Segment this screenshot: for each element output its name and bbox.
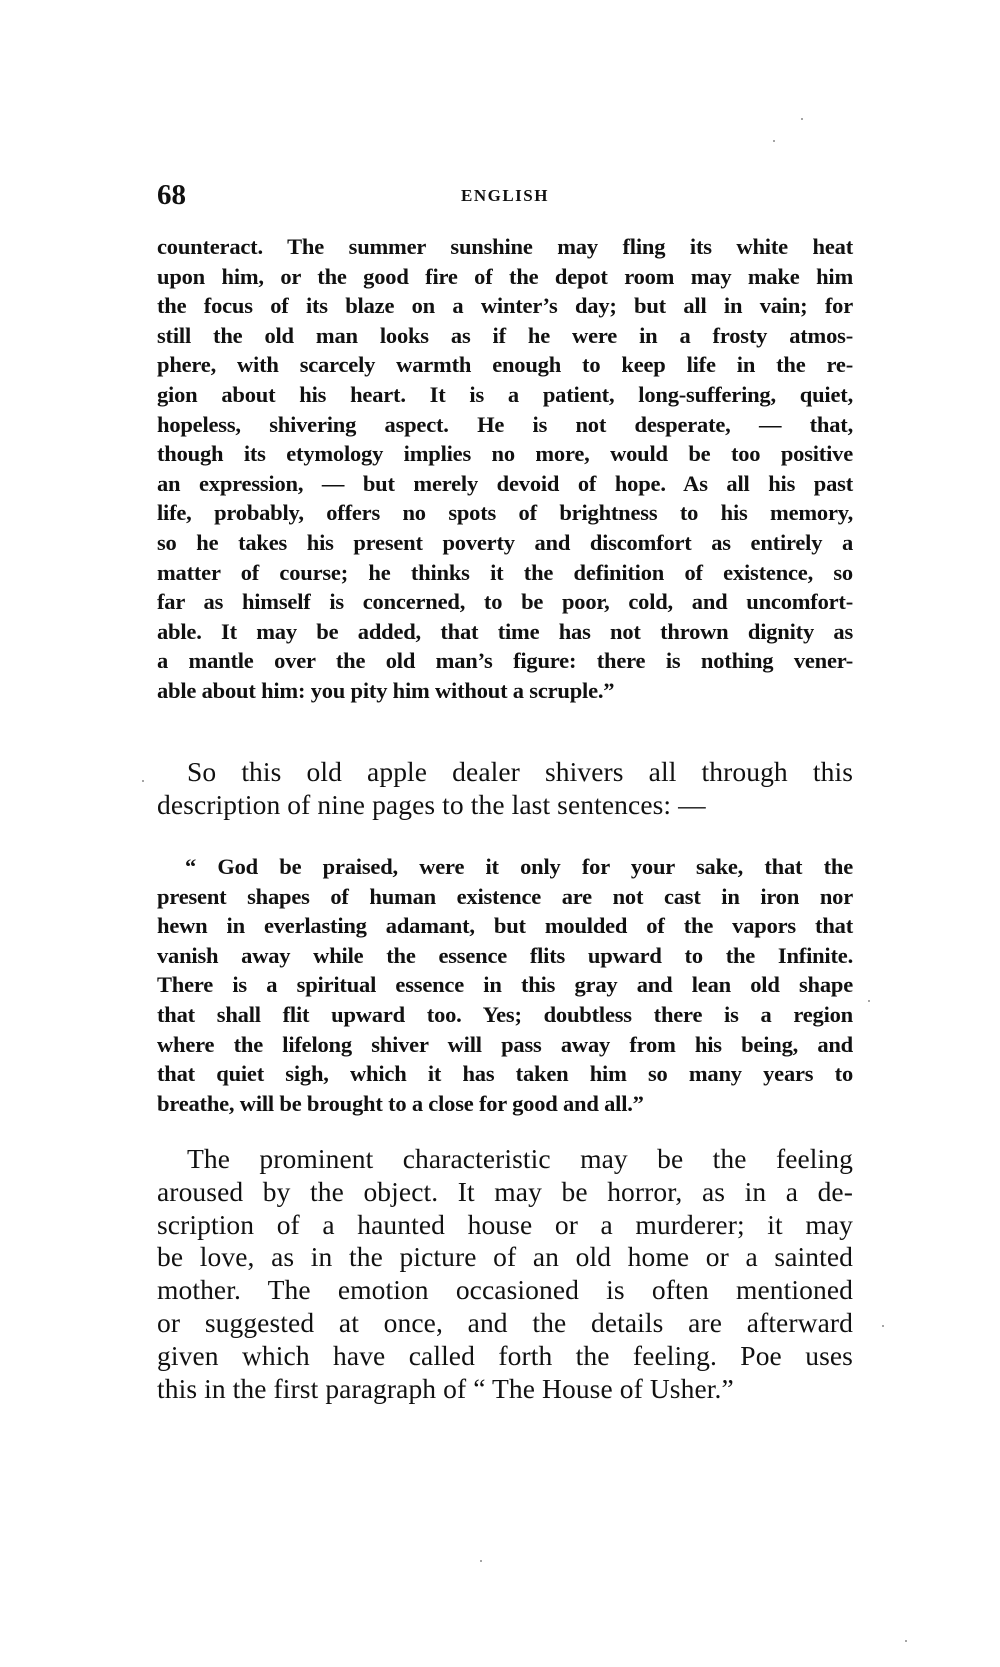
scan-speck: [142, 780, 144, 782]
text-line: where the lifelong shiver will pass away…: [157, 1030, 853, 1060]
text-line: gion about his heart. It is a patient, l…: [157, 380, 853, 410]
text-line: so he takes his present poverty and disc…: [157, 528, 853, 558]
scan-speck: [882, 1325, 884, 1327]
text-line: a mantle over the old man’s figure: ther…: [157, 646, 853, 676]
text-line: The prominent characteristic may be the …: [157, 1143, 853, 1176]
text-line: able about him: you pity him without a s…: [157, 676, 853, 706]
text-line: hopeless, shivering aspect. He is not de…: [157, 410, 853, 440]
text-line: the focus of its blaze on a winter’s day…: [157, 291, 853, 321]
text-line: given which have called forth the feelin…: [157, 1340, 853, 1373]
text-line: though its etymology implies no more, wo…: [157, 439, 853, 469]
text-line: this in the first paragraph of “ The Hou…: [157, 1373, 853, 1406]
running-head: 68 ENGLISH: [157, 180, 853, 220]
quoted-passage-continuation: counteract. The summer sunshine may flin…: [157, 232, 853, 706]
scan-speck: [773, 140, 775, 142]
text-line: be love, as in the picture of an old hom…: [157, 1241, 853, 1274]
scan-speck: [905, 1640, 907, 1642]
text-line: able. It may be added, that time has not…: [157, 617, 853, 647]
text-line: that shall flit upward too. Yes; doubtle…: [157, 1000, 853, 1030]
text-line: description of nine pages to the last se…: [157, 789, 853, 822]
text-line: still the old man looks as if he were in…: [157, 321, 853, 351]
text-line: aroused by the object. It may be horror,…: [157, 1176, 853, 1209]
text-line: mother. The emotion occasioned is often …: [157, 1274, 853, 1307]
text-line: counteract. The summer sunshine may flin…: [157, 232, 853, 262]
text-line: that quiet sigh, which it has taken him …: [157, 1059, 853, 1089]
text-line: upon him, or the good fire of the depot …: [157, 262, 853, 292]
scan-speck: [868, 1000, 870, 1002]
body-paragraph-2: The prominent characteristic may be the …: [157, 1143, 853, 1405]
text-line: present shapes of human existence are no…: [157, 882, 853, 912]
body-paragraph-1: So this old apple dealer shivers all thr…: [157, 756, 853, 822]
text-line: There is a spiritual essence in this gra…: [157, 970, 853, 1000]
text-line: So this old apple dealer shivers all thr…: [157, 756, 853, 789]
text-line: breathe, will be brought to a close for …: [157, 1089, 853, 1119]
text-line: or suggested at once, and the details ar…: [157, 1307, 853, 1340]
text-line: phere, with scarcely warmth enough to ke…: [157, 350, 853, 380]
text-line: hewn in everlasting adamant, but moulded…: [157, 911, 853, 941]
book-page: 68 ENGLISH counteract. The summer sunshi…: [0, 0, 1000, 1667]
text-line: an expression, — but merely devoid of ho…: [157, 469, 853, 499]
running-title: ENGLISH: [157, 186, 853, 206]
text-line: far as himself is concerned, to be poor,…: [157, 587, 853, 617]
text-line: “ God be praised, were it only for your …: [157, 852, 853, 882]
text-line: vanish away while the essence flits upwa…: [157, 941, 853, 971]
scan-speck: [801, 118, 803, 120]
text-line: life, probably, offers no spots of brigh…: [157, 498, 853, 528]
text-line: matter of course; he thinks it the defin…: [157, 558, 853, 588]
text-line: scription of a haunted house or a murder…: [157, 1209, 853, 1242]
quoted-passage: “ God be praised, were it only for your …: [157, 852, 853, 1118]
scan-speck: [480, 1560, 482, 1562]
